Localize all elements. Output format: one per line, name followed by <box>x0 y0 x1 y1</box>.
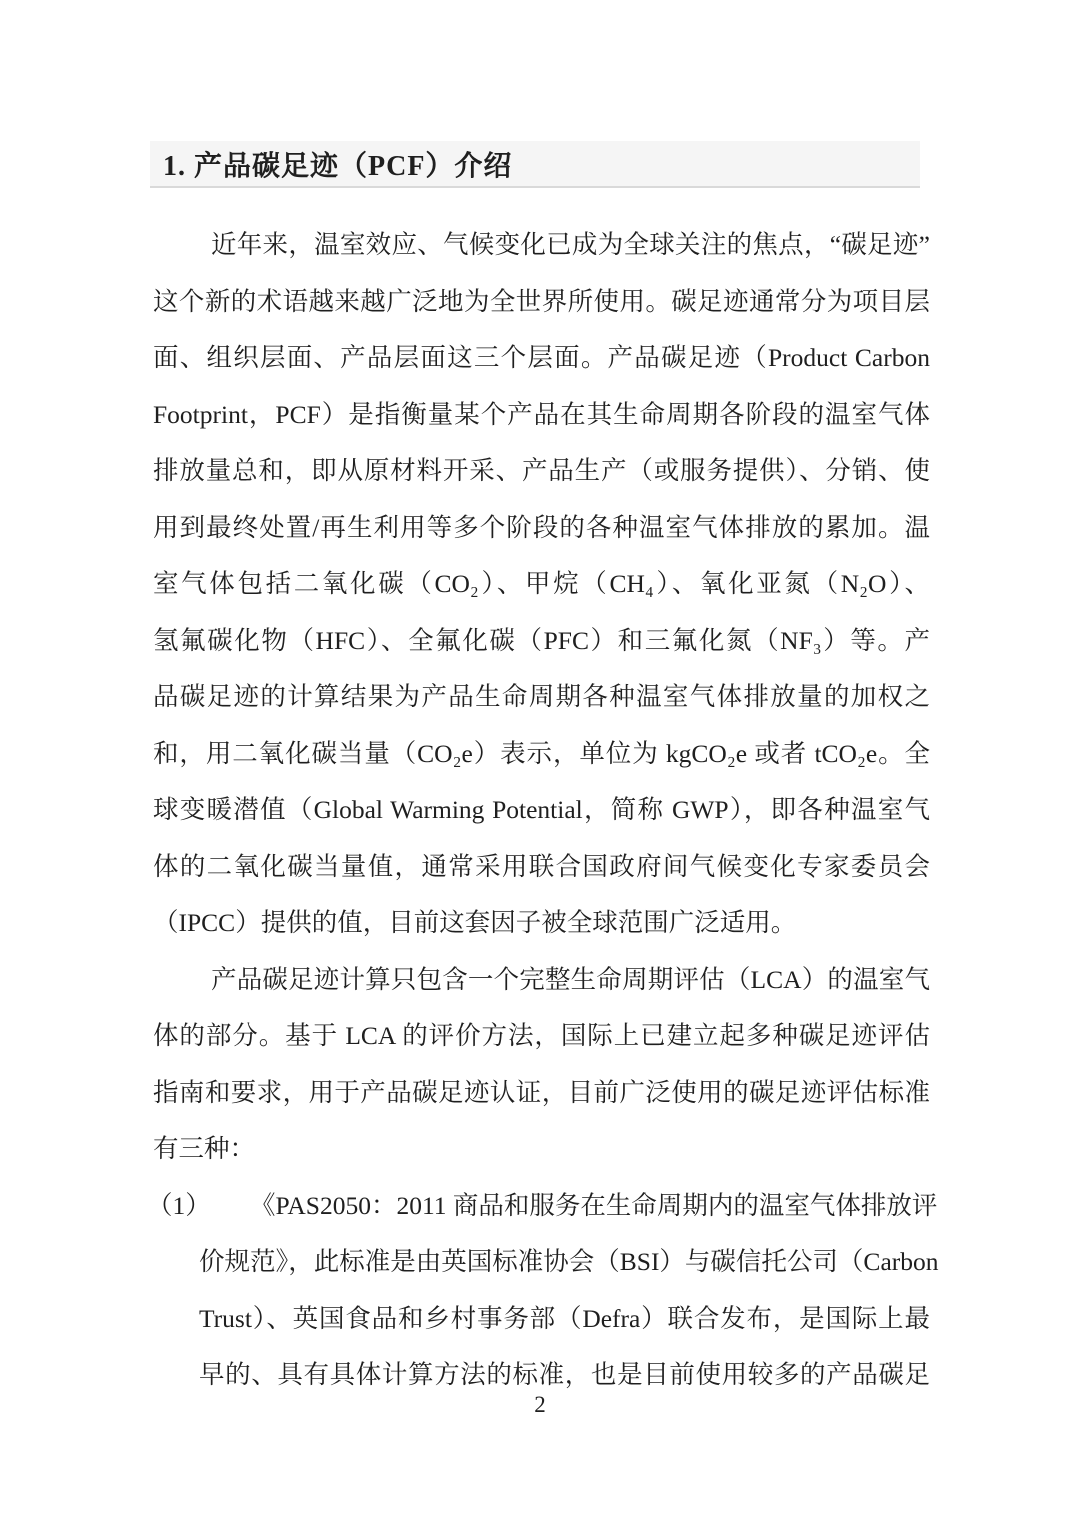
page-number: 2 <box>0 1390 1080 1420</box>
list-marker: （1） <box>147 1178 211 1235</box>
list-item: （1）《PAS2050：2011 商品和服务在生命周期内的温室气体排放评价规范》… <box>153 1178 930 1404</box>
text-line: 指南和要求，用于产品碳足迹认证，目前广泛使用的碳足迹评估标准 <box>153 1065 930 1122</box>
text-line: 体的部分。基于 LCA 的评价方法，国际上已建立起多种碳足迹评估 <box>153 1008 930 1065</box>
text-line: 和，用二氧化碳当量（CO₂e）表示，单位为 kgCO₂e 或者 tCO₂e。全 <box>153 726 930 783</box>
text-line: （IPCC）提供的值，目前这套因子被全球范围广泛适用。 <box>153 895 930 952</box>
text-line: 排放量总和，即从原材料开采、产品生产（或服务提供）、分销、使 <box>153 443 930 500</box>
section-heading: 1. 产品碳足迹（PCF）介绍 <box>150 141 920 188</box>
text-line: 品碳足迹的计算结果为产品生命周期各种温室气体排放量的加权之 <box>153 669 930 726</box>
text-line: 体的二氧化碳当量值，通常采用联合国政府间气候变化专家委员会 <box>153 839 930 896</box>
text-line: 面、组织层面、产品层面这三个层面。产品碳足迹（Product Carbon <box>153 330 930 387</box>
text-line: Footprint，PCF）是指衡量某个产品在其生命周期各阶段的温室气体 <box>153 387 930 444</box>
text-line: 近年来，温室效应、气候变化已成为全球关注的焦点，“碳足迹” <box>153 217 930 274</box>
text-line: 这个新的术语越来越广泛地为全世界所使用。碳足迹通常分为项目层 <box>153 274 930 331</box>
text-line: 价规范》，此标准是由英国标准协会（BSI）与碳信托公司（Carbon <box>153 1234 930 1291</box>
text-line: （1）《PAS2050：2011 商品和服务在生命周期内的温室气体排放评 <box>153 1178 930 1235</box>
document-body: 近年来，温室效应、气候变化已成为全球关注的焦点，“碳足迹”这个新的术语越来越广泛… <box>153 217 930 1404</box>
text-line: 产品碳足迹计算只包含一个完整生命周期评估（LCA）的温室气 <box>153 952 930 1009</box>
text-line: 有三种： <box>153 1121 930 1178</box>
text-line: Trust）、英国食品和乡村事务部（Defra）联合发布，是国际上最 <box>153 1291 930 1348</box>
text-line: 球变暖潜值（Global Warming Potential，简称 GWP），即… <box>153 782 930 839</box>
paragraph: 近年来，温室效应、气候变化已成为全球关注的焦点，“碳足迹”这个新的术语越来越广泛… <box>153 217 930 952</box>
paragraph: 产品碳足迹计算只包含一个完整生命周期评估（LCA）的温室气体的部分。基于 LCA… <box>153 952 930 1178</box>
document-page: 1. 产品碳足迹（PCF）介绍 近年来，温室效应、气候变化已成为全球关注的焦点，… <box>0 0 1080 1528</box>
text-line: 氢氟碳化物（HFC）、全氟化碳（PFC）和三氟化氮（NF₃）等。产 <box>153 613 930 670</box>
text-line: 室气体包括二氧化碳（CO₂）、甲烷（CH₄）、氧化亚氮（N₂O）、 <box>153 556 930 613</box>
text-line: 用到最终处置/再生利用等多个阶段的各种温室气体排放的累加。温 <box>153 500 930 557</box>
